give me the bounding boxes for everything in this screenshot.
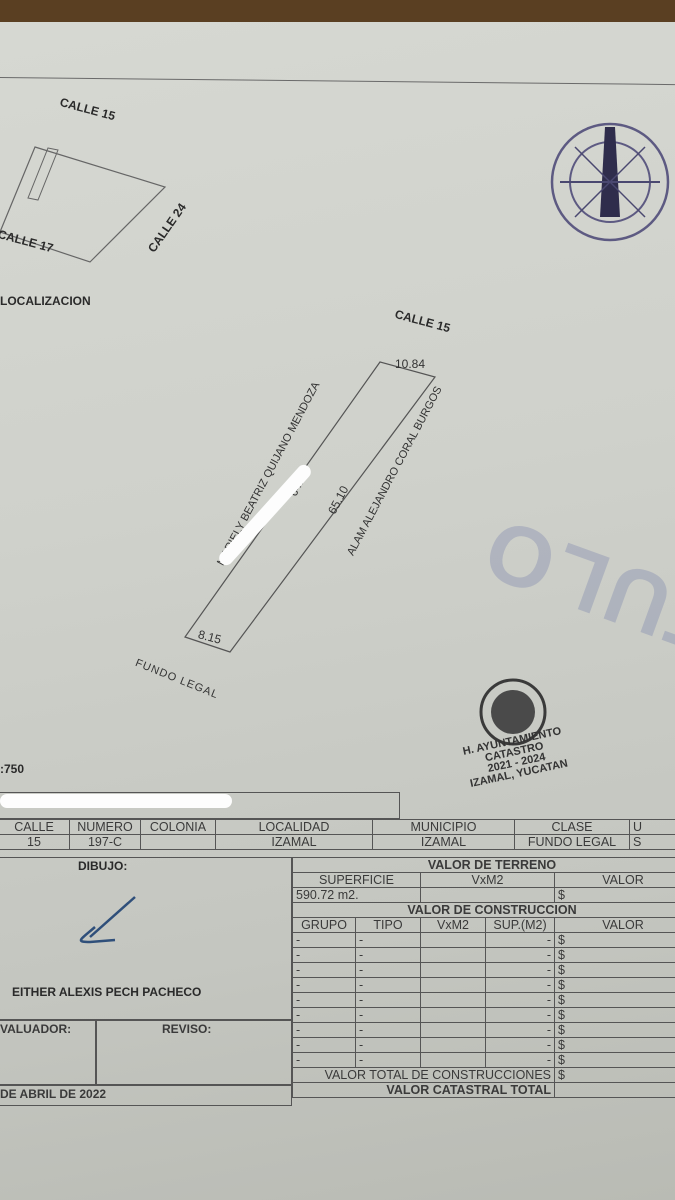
location-map [0,122,200,282]
page-border [0,77,675,85]
plot-back-neighbor: FUNDO LEGAL [134,657,221,701]
total-construcciones-label: VALOR TOTAL DE CONSTRUCCIONES [293,1068,555,1083]
valor-catastral-value [555,1083,675,1098]
terreno-title: VALOR DE TERRENO [293,858,675,873]
location-street-north: CALLE 15 [58,95,116,123]
dibujo-name: EITHER ALEXIS PECH PACHECO [12,985,201,999]
construccion-title: VALOR DE CONSTRUCCION [293,903,675,918]
scale-label: :750 [0,762,24,776]
construccion-row: ---$ [293,993,675,1008]
superficie-value: 590.72 m2. [293,888,421,903]
construccion-row: ---$ [293,1023,675,1038]
valor-catastral-label: VALOR CATASTRAL TOTAL [293,1083,555,1098]
date-text: DE ABRIL DE 2022 [0,1087,106,1101]
document-page: CALLE 15 CALLE 17 CALLE 24 LOCALIZACION … [0,22,675,1200]
reviso-label: REVISO: [162,1022,211,1036]
valuation-table: VALOR DE TERRENO SUPERFICIE VxM2 VALOR 5… [292,857,675,1098]
total-construcciones-value: $ [555,1068,675,1083]
construccion-row: ---$ [293,963,675,978]
construccion-row: ---$ [293,1053,675,1068]
construccion-row: ---$ [293,978,675,993]
signature [70,892,140,952]
owner-name-redaction [0,794,232,808]
construccion-row: ---$ [293,933,675,948]
construccion-row: ---$ [293,1038,675,1053]
dibujo-label: DIBUJO: [78,859,127,873]
construccion-row: ---$ [293,948,675,963]
property-table: CALLE NUMERO COLONIA LOCALIDAD MUNICIPIO… [0,819,675,850]
location-title: LOCALIZACION [0,294,91,308]
registry-seal-icon [545,117,675,247]
construccion-row: ---$ [293,1008,675,1023]
plot-front-length: 10.84 [395,357,425,371]
valuador-label: VALUADOR: [0,1022,71,1036]
plot-street-label: CALLE 15 [393,307,451,335]
